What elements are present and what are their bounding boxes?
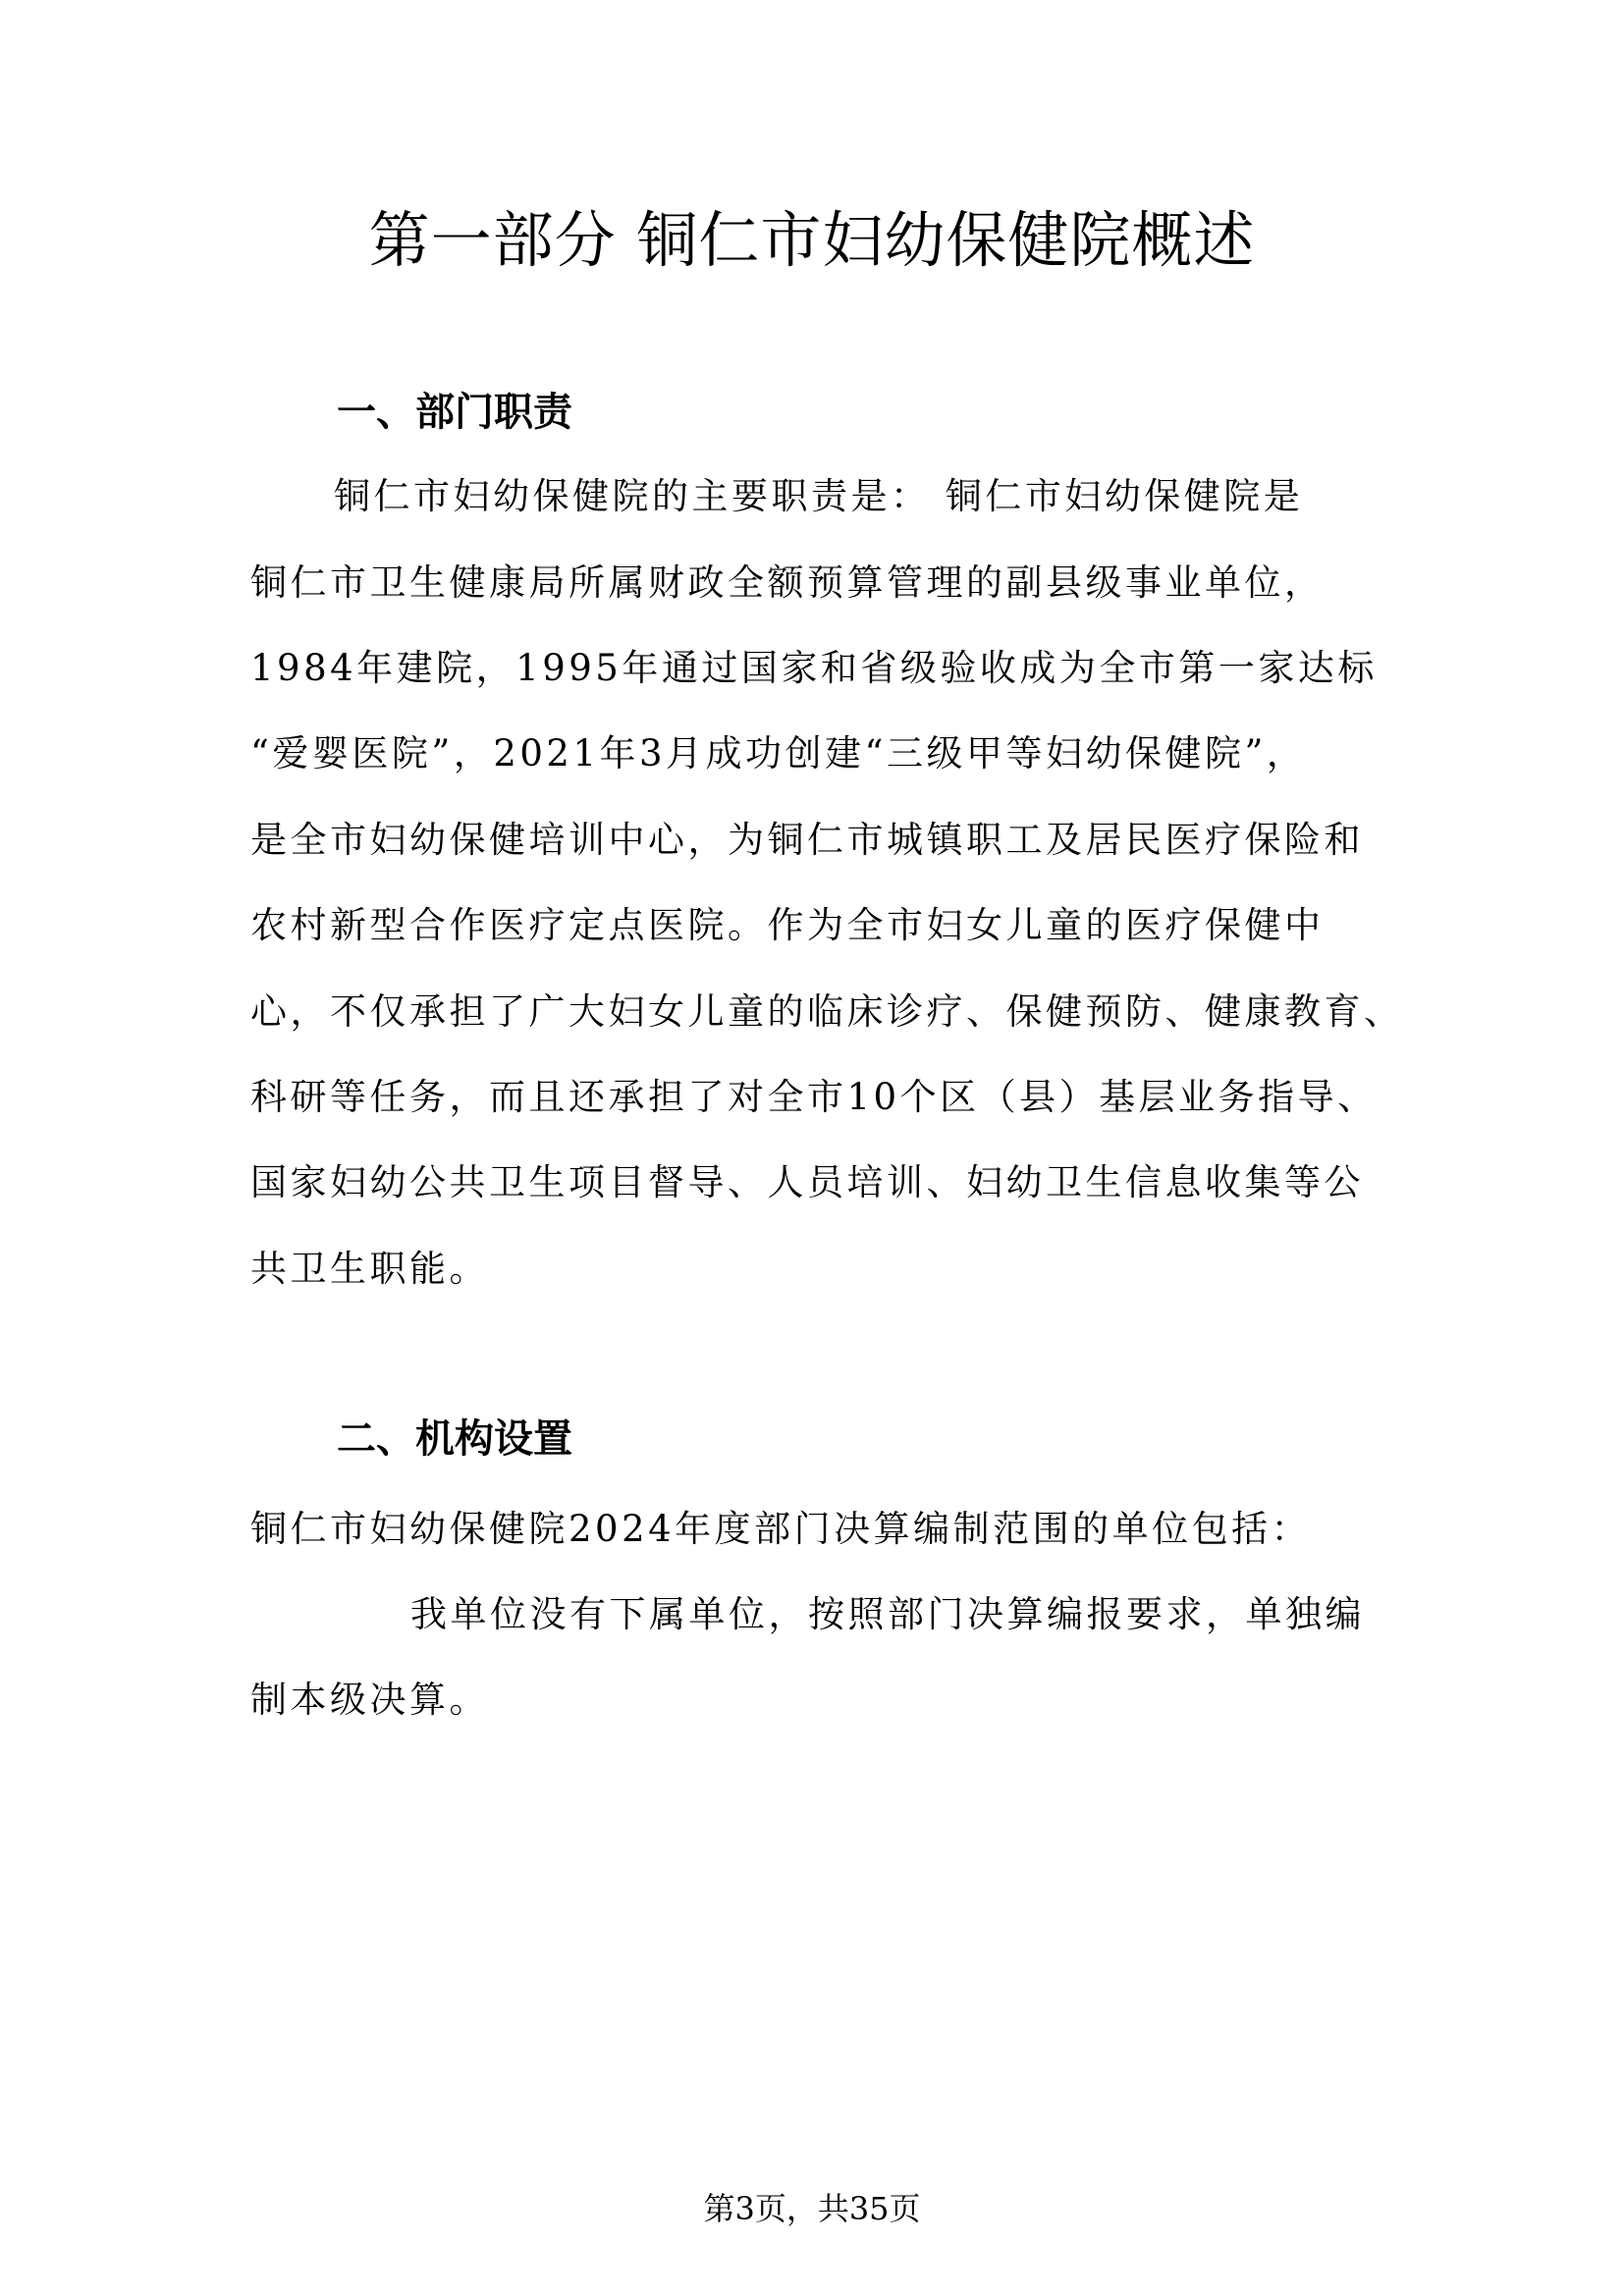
page-number: 第3页，共35页 — [0, 2187, 1624, 2230]
paragraph-line: 心，不仅承担了广大妇女儿童的临床诊疗、保健预防、健康教育、 — [250, 985, 1389, 1040]
paragraph-line: 1984年建院，1995年通过国家和省级验收成为全市第一家达标 — [250, 641, 1389, 696]
paragraph-line: 共卫生职能。 — [250, 1242, 1389, 1297]
paragraph-line: 科研等任务，而且还承担了对全市10个区（县）基层业务指导、 — [250, 1070, 1389, 1125]
paragraph-line: 农村新型合作医疗定点医院。作为全市妇女儿童的医疗保健中 — [250, 898, 1389, 953]
paragraph-line: 铜仁市妇幼保健院2024年度部门决算编制范围的单位包括： — [250, 1502, 1389, 1557]
paragraph-line: 国家妇幼公共卫生项目督导、人员培训、妇幼卫生信息收集等公 — [250, 1155, 1389, 1210]
paragraph-line: “爱婴医院”，2021年3月成功创建“三级甲等妇幼保健院”， — [250, 726, 1389, 781]
paragraph-line: 是全市妇幼保健培训中心，为铜仁市城镇职工及居民医疗保险和 — [250, 813, 1389, 868]
paragraph-line: 我单位没有下属单位，按照部门决算编报要求，单独编 — [410, 1587, 1549, 1642]
paragraph-line: 铜仁市妇幼保健院的主要职责是： 铜仁市妇幼保健院是 — [334, 469, 1473, 524]
section-heading-organization: 二、机构设置 — [337, 1412, 572, 1467]
page-title: 第一部分 铜仁市妇幼保健院概述 — [0, 201, 1624, 280]
paragraph-line: 制本级决算。 — [250, 1673, 1389, 1728]
paragraph-line: 铜仁市卫生健康局所属财政全额预算管理的副县级事业单位， — [250, 556, 1389, 611]
section-heading-responsibilities: 一、部门职责 — [337, 385, 572, 440]
document-page: 第一部分 铜仁市妇幼保健院概述 一、部门职责 铜仁市妇幼保健院的主要职责是： 铜… — [0, 0, 1624, 2296]
